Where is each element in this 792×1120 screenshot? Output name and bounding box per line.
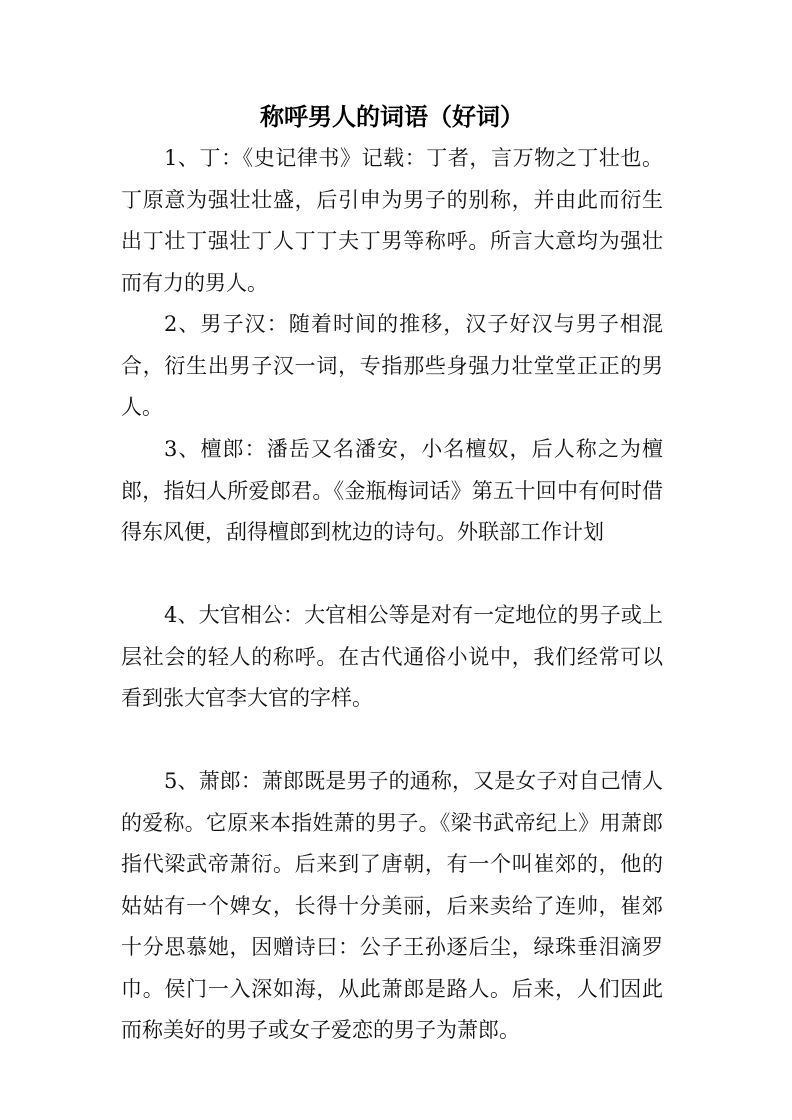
paragraph-4: 4、大官相公：大官相公等是对有一定地位的男子或上层社会的轻人的称呼。在古代通俗小… [121, 595, 663, 720]
paragraph-2: 2、男子汉：随着时间的推移，汉子好汉与男子相混合，衍生出男子汉一词，专指那些身强… [121, 304, 663, 429]
paragraph-1: 1、丁：《史记律书》记载：丁者，言万物之丁壮也。丁原意为强壮壮盛，后引申为男子的… [121, 138, 663, 304]
paragraph-5: 5、萧郎：萧郎既是男子的通称，又是女子对自己情人的爱称。它原来本指姓萧的男子。《… [121, 761, 663, 1052]
document-title: 称呼男人的词语（好词） [121, 100, 663, 134]
paragraph-3: 3、檀郎：潘岳又名潘安，小名檀奴，后人称之为檀郎，指妇人所爱郎君。《金瓶梅词话》… [121, 429, 663, 554]
